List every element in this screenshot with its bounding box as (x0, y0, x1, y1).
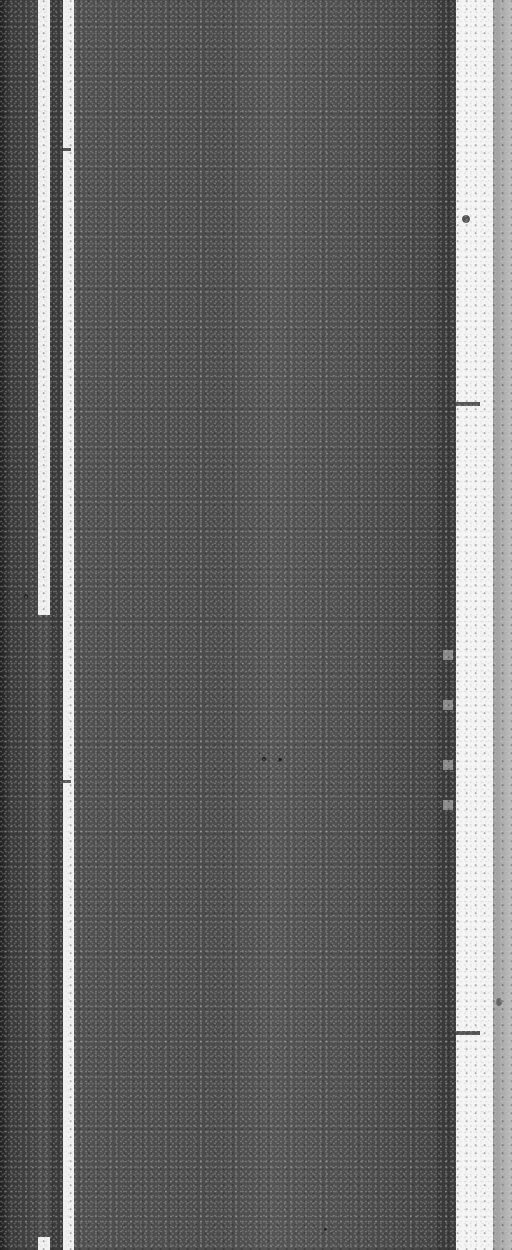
pavement-stain (278, 758, 282, 762)
marking-notch (63, 148, 71, 151)
left-lane-marking-lower (38, 1237, 50, 1250)
curb-wear (443, 650, 453, 660)
left-lane-marking-upper (38, 0, 50, 615)
left-shoulder (0, 0, 38, 1250)
sidewalk (493, 0, 512, 1250)
curb-wear (443, 760, 453, 770)
pavement-stain (496, 998, 502, 1006)
pavement-stain (262, 757, 266, 761)
inner-lane-marking (63, 0, 74, 1250)
asphalt-lane (75, 0, 437, 1250)
curb-wear (443, 700, 453, 710)
road-scene (0, 0, 512, 1250)
pavement-stain (324, 1228, 327, 1231)
curb-joint (456, 1031, 480, 1035)
gutter (437, 0, 456, 1250)
curb-wear (443, 800, 453, 810)
curb-joint (456, 402, 480, 406)
curb (456, 0, 493, 1250)
pavement-stain (24, 594, 28, 599)
marking-gap-strip (50, 0, 63, 1250)
marking-notch (63, 780, 71, 783)
pavement-stain (462, 215, 470, 223)
